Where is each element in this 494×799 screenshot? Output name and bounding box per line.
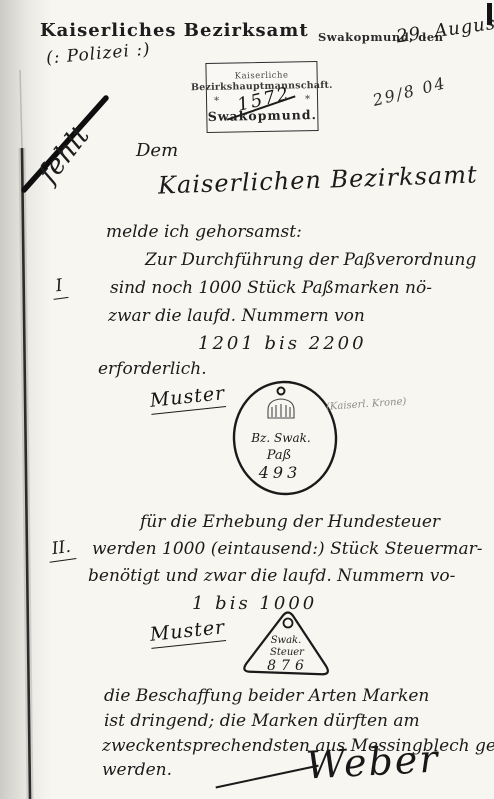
section2-line-2: werden 1000 (eintausend:) Stück Steuerma… — [92, 541, 483, 558]
pass-token-line-2: Paß — [266, 448, 292, 463]
address-line-1: Dem — [136, 142, 178, 160]
token-hole — [278, 388, 285, 395]
section1-line-3: zwar die laufd. Nummern von — [108, 308, 365, 325]
section1-line-2: sind noch 1000 Stück Paßmarken nö- — [110, 280, 432, 297]
letterhead-office-title: Kaiserliches Bezirksamt — [40, 20, 309, 41]
scanned-letter-page: Kaiserliches Bezirksamt (: Polizei :) Sw… — [0, 0, 494, 799]
margin-numeral-2: II. — [47, 536, 77, 563]
stamp-star-left: * — [214, 95, 219, 106]
section1-number-range: 1201 bis 2200 — [198, 335, 367, 353]
tax-token-line-1: Swak. — [271, 635, 302, 646]
imperial-crown-sketch — [268, 399, 294, 418]
pass-token-sketch: Bz. Swak. Paß 493 — [228, 376, 344, 498]
opening-line: melde ich gehorsamst: — [106, 224, 302, 241]
pass-token-number: 493 — [258, 463, 302, 482]
margin-numeral-1: I — [50, 275, 68, 300]
margin-scrawl-text: fehlt — [31, 120, 95, 190]
signature-weber: Weber — [305, 737, 441, 788]
tax-token-number: 876 — [267, 658, 309, 674]
token-hole — [284, 619, 293, 628]
closing-line-1: die Beschaffung beider Arten Marken — [104, 688, 429, 705]
closing-line-4: werden. — [102, 762, 172, 779]
tax-token-line-2: Steuer — [270, 647, 305, 658]
section2-line-1: für die Erhebung der Hundesteuer — [140, 514, 440, 531]
section2-line-3: benötigt und zwar die laufd. Nummern vo- — [88, 568, 455, 585]
stamp-star-right: * — [305, 94, 310, 105]
tax-token-sketch: Swak. Steuer 876 — [236, 606, 340, 682]
registry-stamp: Kaiserliche Bezirkshauptmannschaft. * * … — [205, 61, 318, 133]
pass-token-line-1: Bz. Swak. — [250, 431, 311, 445]
section1-line-5: erforderlich. — [98, 361, 207, 378]
closing-line-2: ist dringend; die Marken dürften am — [104, 713, 420, 730]
margin-scrawl-annotation: fehlt — [8, 78, 120, 200]
section1-line-1: Zur Durchführung der Paßverordnung — [145, 252, 476, 269]
